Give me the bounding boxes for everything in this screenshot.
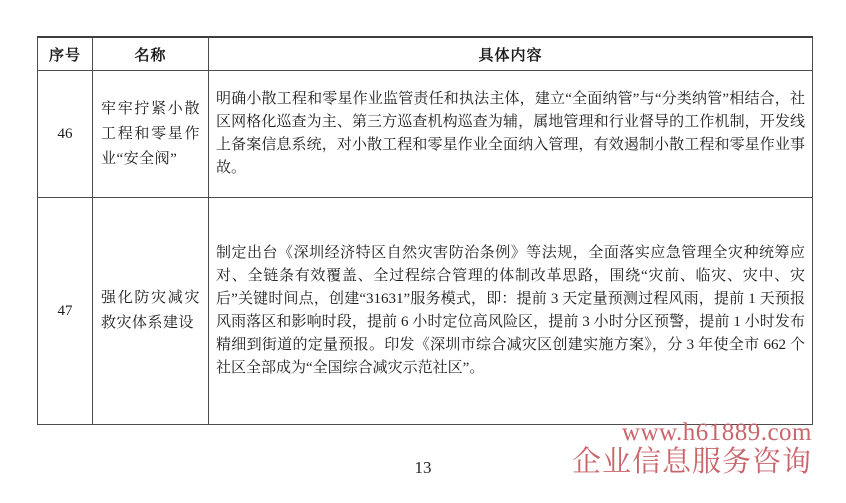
table-header-row: 序号 名称 具体内容 [38,37,813,71]
content-table: 序号 名称 具体内容 46 牢牢拧紧小散工程和零星作业“安全阀” 明确小散工程和… [37,36,813,425]
col-header-name: 名称 [93,37,209,71]
watermark-text: 企业信息服务咨询 [572,447,812,477]
col-header-number: 序号 [38,37,93,71]
watermark-url: www.h61889.com [572,420,812,446]
row-name: 牢牢拧紧小散工程和零星作业“安全阀” [93,71,209,198]
table-row: 47 强化防灾减灾救灾体系建设 制定出台《深圳经济特区自然灾害防治条例》等法规，… [38,198,813,425]
row-number: 47 [38,198,93,425]
col-header-content: 具体内容 [209,37,813,71]
row-name: 强化防灾减灾救灾体系建设 [93,198,209,425]
watermark: www.h61889.com 企业信息服务咨询 [572,420,812,477]
row-content: 明确小散工程和零星作业监管责任和执法主体，建立“全面纳管”与“分类纳管”相结合，… [209,71,813,198]
row-number: 46 [38,71,93,198]
document-page: 序号 名称 具体内容 46 牢牢拧紧小散工程和零星作业“安全阀” 明确小散工程和… [0,0,846,503]
table-row: 46 牢牢拧紧小散工程和零星作业“安全阀” 明确小散工程和零星作业监管责任和执法… [38,71,813,198]
row-content: 制定出台《深圳经济特区自然灾害防治条例》等法规，全面落实应急管理全灾种统筹应对、… [209,198,813,425]
